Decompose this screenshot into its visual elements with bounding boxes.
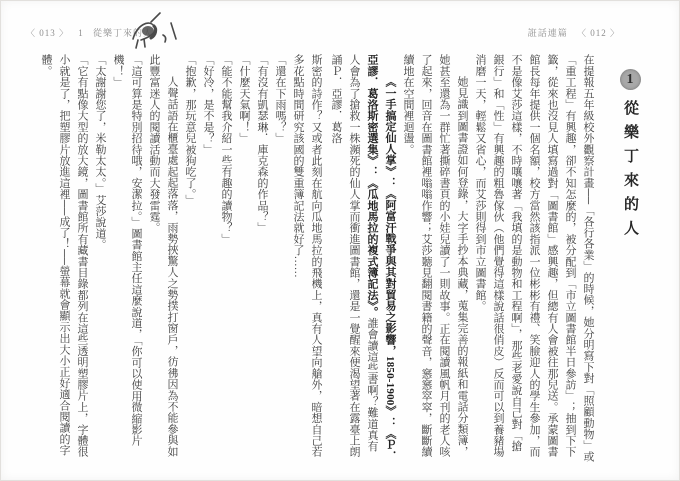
text-run: 她見識到圖書證如何登錄，大字手抄本典藏，蒐集完善的報紙和電話分類簿，她甚至還為一… xyxy=(402,54,468,457)
paragraph: 「什麼天氣啊！」 xyxy=(235,54,253,462)
page-number-right: 〈 012 〉 xyxy=(577,28,620,38)
paragraph: 「還在下雨嗎？」 xyxy=(271,54,289,462)
paragraph: 人聲話語在櫃臺處起起落落，雨勢挾驚人之勢撲打窗戶，彷彿因為不能參與如此豐富迷人的… xyxy=(145,54,181,462)
text-run: 斯密的詩作？又或者此刻在航向瓜地馬拉的飛機上，真有人望向艙外，暗想自己若多花點時… xyxy=(292,54,322,457)
text-run: 「太謝謝您了，米勒太太。」艾莎說道。 xyxy=(94,54,106,250)
text-run: 「有沒有凱瑟琳．庫克森的作品？」 xyxy=(256,54,268,233)
paragraph: 「太謝謝您了，米勒太太。」艾莎說道。 xyxy=(91,54,109,462)
paragraph: 《一手搞定仙人掌》：《阿富汗戰爭與其對貿易之影響，1850-1900》：《Ｐ．亞… xyxy=(327,54,399,462)
text-run: 在提報五年級校外觀察計畫──「各行各業」的時候，她分明寫下對「照顧動物」或「重工… xyxy=(474,54,594,462)
paragraph: 「能不能幫我介紹一些有趣的讀物？」 xyxy=(217,54,235,462)
paragraph: 在提報五年級校外觀察計畫──「各行各業」的時候，她分明寫下對「照顧動物」或「重工… xyxy=(471,54,597,462)
book-title: 誑話連篇 xyxy=(528,28,568,38)
page-left-body-text: 斯密的詩作？又或者此刻在航向瓜地馬拉的飛機上，真有人望向艙外，暗想自己若多花點時… xyxy=(41,54,325,462)
text-run: 「還在下雨嗎？」 xyxy=(274,54,286,144)
text-run: 「什麼天氣啊！」 xyxy=(238,54,250,144)
page-right-body-text: 在提報五年級校外觀察計畫──「各行各業」的時候，她分明寫下對「照顧動物」或「重工… xyxy=(345,54,597,462)
text-run: 人聲話語在櫃臺處起起落落，雨勢挾驚人之勢撲打窗戶，彷彿因為不能參與如此豐富迷人的… xyxy=(148,54,178,457)
paragraph: 她見識到圖書證如何登錄，大字手抄本典藏，蒐集完善的報紙和電話分類簿，她甚至還為一… xyxy=(399,54,471,462)
text-run: 「這可算是特別招待哦，安潔拉。」圖書館主任這麼說道，「你可以使用微縮影片機！」 xyxy=(112,54,142,446)
chapter-heading: 1 從樂丁來的人 xyxy=(617,69,643,244)
book-spread: 誑話連篇 〈 012 〉 1 從樂丁來的人 在提報五年級校外觀察計畫──「各行各… xyxy=(0,0,680,481)
bird-sketch-illustration xyxy=(127,9,179,51)
text-run: 「能不能幫我介紹一些有趣的讀物？」 xyxy=(220,54,232,244)
paragraph: 斯密的詩作？又或者此刻在航向瓜地馬拉的飛機上，真有人望向艙外，暗想自己若多花點時… xyxy=(289,54,325,462)
paragraph: 「它有點像大型的放大鏡，圖書館所有藏書目錄都列在這些透明塑膠片上，字體很小就是了… xyxy=(37,54,91,462)
head-chapter-number: 1 xyxy=(78,28,84,38)
paragraph: 「這可算是特別招待哦，安潔拉。」圖書館主任這麼說道，「你可以使用微縮影片機！」 xyxy=(109,54,145,462)
chapter-number-badge: 1 xyxy=(620,69,641,90)
text-run: 「好冷，是不是？」 xyxy=(202,54,214,155)
paragraph: 「有沒有凱瑟琳．庫克森的作品？」 xyxy=(253,54,271,462)
text-run: 「抱歉，那玩意兒被狗吃了。」 xyxy=(184,54,196,205)
paragraph: 「抱歉，那玩意兒被狗吃了。」 xyxy=(181,54,199,462)
paragraph: 「好冷，是不是？」 xyxy=(199,54,217,462)
page-number-left: 〈 013 〉 xyxy=(26,28,69,38)
text-run: 「它有點像大型的放大鏡，圖書館所有藏書目錄都列在這些透明塑膠片上，字體很小就是了… xyxy=(40,54,88,457)
running-head-right: 誑話連篇 〈 012 〉 xyxy=(525,26,623,39)
chapter-title-vertical: 從樂丁來的人 xyxy=(618,100,642,244)
